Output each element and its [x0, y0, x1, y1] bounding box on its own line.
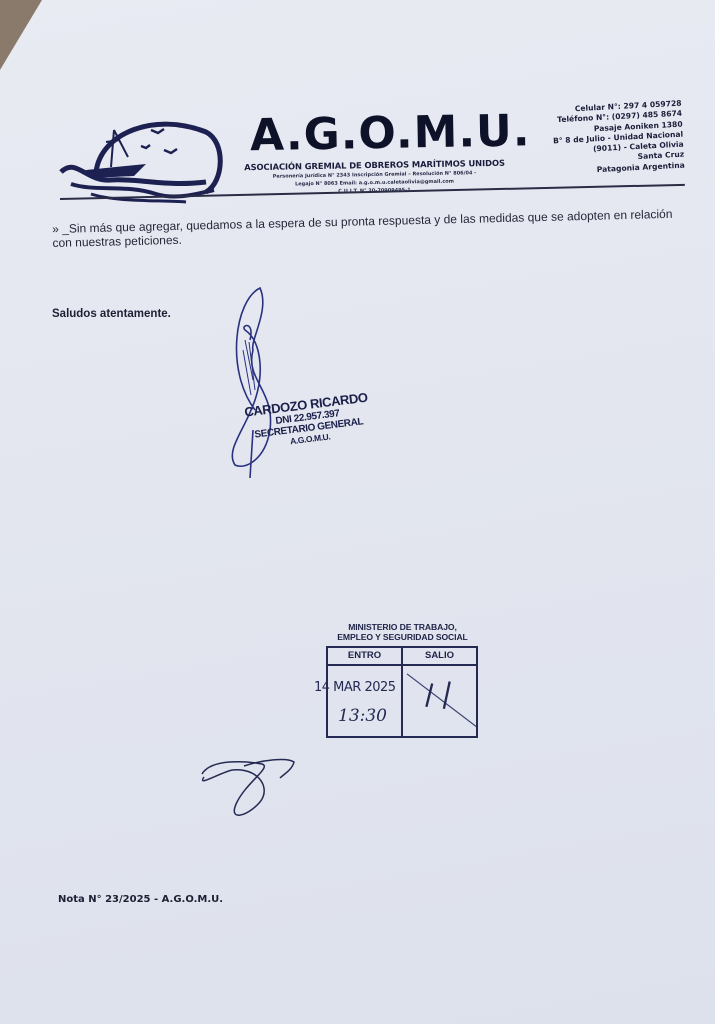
salio-blank-mark	[403, 666, 476, 736]
note-reference: Nota N° 23/2025 - A.G.O.M.U.	[58, 894, 223, 905]
closing-paragraph: » _Sin más que agregar, quedamos a la es…	[52, 206, 692, 250]
salio-header: SALIO	[403, 648, 476, 666]
entro-cell: 14 MAR 2025 13:30	[328, 666, 403, 736]
ministry-stamp-header: MINISTERIO DE TRABAJO, EMPLEO Y SEGURIDA…	[320, 622, 485, 642]
entro-time: 13:30	[338, 706, 387, 726]
ministry-line-2: EMPLEO Y SEGURIDAD SOCIAL	[320, 632, 485, 642]
ministry-line-1: MINISTERIO DE TRABAJO,	[320, 622, 485, 632]
organization-acronym: A.G.O.M.U.	[250, 106, 511, 162]
receiver-signature	[192, 752, 302, 822]
table-background-corner	[0, 0, 42, 70]
entro-date: 14 MAR 2025	[314, 680, 396, 695]
document-page: A.G.O.M.U. ASOCIACIÓN GREMIAL DE OBREROS…	[0, 0, 715, 1024]
entro-header: ENTRO	[328, 648, 403, 666]
salio-cell	[403, 666, 476, 736]
fishing-boat-waves-seagulls-icon	[56, 112, 226, 207]
contact-block: Celular N°: 297 4 059728 Teléfono N°: (0…	[551, 99, 685, 178]
salutation: Saludos atentamente.	[52, 308, 171, 320]
reception-stamp-table: ENTRO SALIO 14 MAR 2025 13:30	[326, 646, 478, 738]
